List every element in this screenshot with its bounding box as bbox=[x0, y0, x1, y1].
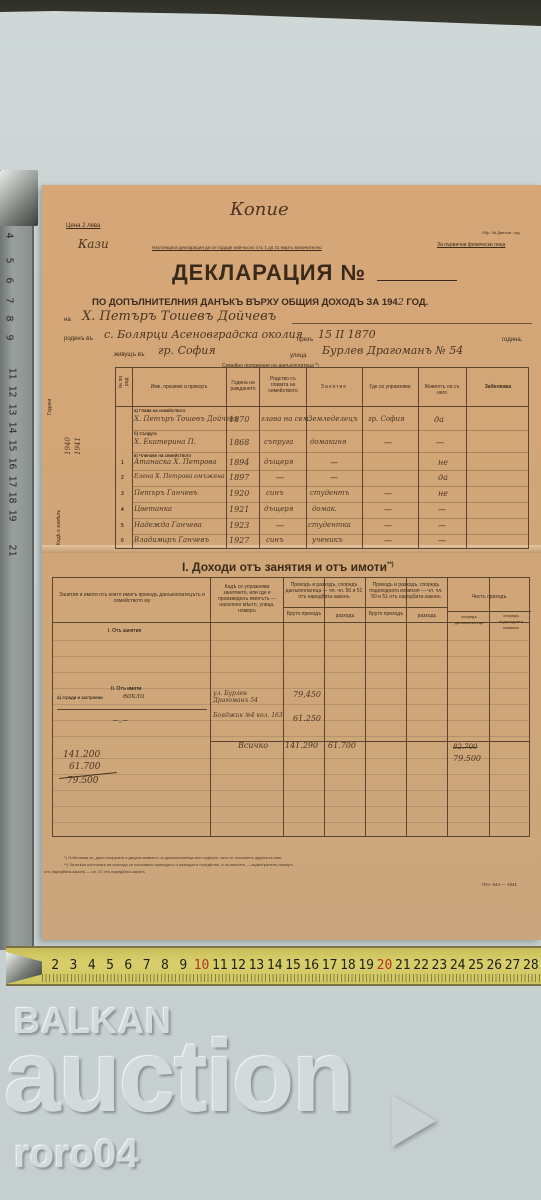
header-name: Име, презиме и прякоръ bbox=[134, 384, 224, 390]
group-label-head: а) Глава на семейството bbox=[134, 408, 185, 413]
family-row-lives-with: да bbox=[434, 415, 444, 424]
tape-number: 4 bbox=[83, 958, 101, 973]
tape-number: 21 bbox=[7, 544, 18, 556]
family-row-name: Атанаска Х. Петрова bbox=[134, 458, 217, 466]
col-divider bbox=[447, 578, 448, 836]
family-row-where: — bbox=[384, 536, 392, 545]
family-row-occupation: — bbox=[330, 458, 338, 467]
income-entry-location: ул. Бурлев Драгоманъ 54 bbox=[213, 690, 283, 704]
label-na: на bbox=[64, 317, 71, 323]
side-year-1941: 1941 bbox=[74, 437, 82, 455]
family-status-table: № по ред Име, презиме и прякоръ Година н… bbox=[115, 367, 529, 549]
family-row-lives-with: не bbox=[438, 489, 448, 498]
row-divider bbox=[132, 430, 528, 431]
row-line bbox=[53, 656, 529, 657]
row-divider bbox=[132, 502, 528, 503]
row-line bbox=[53, 774, 529, 775]
family-row-name: Владимиръ Ганчевъ bbox=[134, 536, 209, 544]
tape-number: 7 bbox=[4, 297, 15, 303]
row-line bbox=[53, 736, 529, 737]
family-row-name: Петъръ Ганчевъ bbox=[134, 489, 198, 497]
label-street: улица bbox=[290, 353, 307, 359]
income-table: Занятия и имоти отъ които иматъ приходъ … bbox=[52, 577, 530, 837]
col-divider bbox=[362, 368, 363, 548]
row-line bbox=[53, 790, 529, 791]
watermark-seller: roro04 bbox=[14, 1132, 139, 1177]
family-row-name: Надежда Ганчева bbox=[134, 521, 202, 529]
family-row-lives-with: — bbox=[436, 438, 444, 447]
tape-number: 9 bbox=[4, 334, 15, 340]
tape-number: 13 bbox=[7, 403, 18, 415]
tape-number: 17 bbox=[7, 475, 18, 487]
copy-stamp-handwritten: Копие bbox=[230, 199, 289, 220]
family-row-no: 4 bbox=[121, 507, 124, 513]
tape-number: 7 bbox=[137, 958, 155, 973]
tape-number: 27 bbox=[503, 958, 521, 973]
tape-ticks bbox=[42, 974, 541, 982]
for-persons-label: За първични физически лица bbox=[437, 242, 505, 248]
row-line bbox=[53, 822, 529, 823]
header-divider bbox=[116, 406, 528, 407]
header-source: Занятия и имоти отъ които иматъ приходъ … bbox=[57, 592, 207, 604]
tape-number: 19 bbox=[357, 958, 375, 973]
col-divider bbox=[283, 578, 284, 836]
birth-date: 15 II 1870 bbox=[318, 328, 376, 341]
play-arrow-icon bbox=[392, 1095, 436, 1147]
tape-number-highlight: 20 bbox=[375, 958, 393, 973]
background-shadow bbox=[0, 0, 541, 50]
family-row-lives-with: — bbox=[438, 536, 446, 545]
label-year: година, bbox=[502, 337, 522, 343]
tape-number: 12 bbox=[229, 958, 247, 973]
header-where: Где се упражнява bbox=[364, 384, 416, 390]
header-commission-group: Приходъ и разходъ, споредъ подоходната к… bbox=[367, 582, 445, 600]
income-title-text: I. Доходи отъ занятия и отъ имоти bbox=[182, 560, 387, 574]
tape-number: 8 bbox=[4, 315, 15, 321]
family-row-occupation: домакиня bbox=[310, 438, 347, 446]
subtitle-text: ПО ДОПЪЛНИТЕЛНИЯ ДАНЪКЪ ВЪРХУ ОБЩИЯ ДОХО… bbox=[92, 297, 398, 308]
tape-number: 14 bbox=[266, 958, 284, 973]
header-subdivider bbox=[283, 607, 447, 608]
income-entry-gross: 61.250 bbox=[293, 714, 321, 723]
declaration-subtitle: ПО ДОПЪЛНИТЕЛНИЯ ДАНЪКЪ ВЪРХУ ОБЩИЯ ДОХО… bbox=[92, 297, 428, 308]
tape-number: 11 bbox=[211, 958, 229, 973]
header-occupation: Занятие bbox=[308, 384, 360, 390]
label-born-in: роденъ въ bbox=[64, 336, 93, 342]
family-row-relation: дъщеря bbox=[264, 505, 293, 513]
family-row-name: Х. Екатерина П. bbox=[134, 438, 196, 446]
instructions-line: Настоящата декларация да се подаде най-к… bbox=[152, 245, 322, 250]
family-row-year: 1894 bbox=[229, 458, 249, 467]
tape-hook-icon bbox=[0, 170, 38, 226]
vertical-tape-measure: 4 5 6 7 8 9 11 12 13 14 15 16 17 18 19 2… bbox=[0, 170, 34, 950]
family-row-relation: — bbox=[276, 521, 284, 530]
family-row-name: Елена Х. Петрова омъжена bbox=[134, 473, 225, 480]
family-row-no: 2 bbox=[121, 475, 124, 481]
family-row-occupation: Земледелецъ bbox=[308, 415, 358, 423]
col-divider bbox=[132, 368, 133, 548]
family-row-relation: синъ bbox=[266, 536, 284, 544]
family-row-year: 1897 bbox=[229, 473, 249, 482]
family-row-lives-with: — bbox=[438, 521, 446, 530]
header-relation: Родство съ главата на семейството bbox=[261, 376, 305, 394]
tape-number: 18 bbox=[7, 491, 18, 503]
family-row-where: — bbox=[384, 438, 392, 447]
header-lives-with: Живеятъ ли съ него bbox=[420, 384, 464, 396]
side-year-1940: 1940 bbox=[64, 437, 72, 455]
header-taxpayer-gross: Бруто приходъ bbox=[285, 611, 323, 617]
family-row-no: 3 bbox=[121, 491, 124, 497]
family-row-occupation: студентка bbox=[308, 521, 351, 529]
tape-number: 16 bbox=[302, 958, 320, 973]
row-divider bbox=[132, 518, 528, 519]
col-divider bbox=[210, 578, 211, 836]
income-entry-gross: 79,450 bbox=[293, 690, 321, 699]
tape-number: 25 bbox=[467, 958, 485, 973]
header-net-taxpayer: споредъ данъкоплатеца bbox=[449, 614, 489, 626]
row-line bbox=[53, 704, 529, 705]
family-row-where: гр. София bbox=[368, 415, 405, 423]
family-row-no: 5 bbox=[121, 523, 124, 529]
horizontal-tape-measure: 2 3 4 5 6 7 8 9 10 11 12 13 14 15 16 17 … bbox=[6, 946, 541, 986]
header-commission-expense: разходъ bbox=[408, 613, 446, 619]
family-row-year: 1923 bbox=[229, 521, 249, 530]
tape-number: 21 bbox=[394, 958, 412, 973]
tape-number: 4 bbox=[4, 232, 15, 238]
taxpayer-name: Х. Петъръ Тошевъ Дойчевъ bbox=[82, 309, 276, 324]
family-row-lives-with: да bbox=[438, 473, 448, 482]
margin-calc-2: 61.700 bbox=[69, 762, 101, 772]
total-label: Всичко bbox=[238, 741, 268, 750]
total-gross: 141.290 bbox=[285, 741, 318, 750]
family-row-relation: глава на сем. bbox=[261, 415, 311, 423]
family-row-where: — bbox=[384, 505, 392, 514]
family-row-occupation: ученикъ bbox=[312, 536, 343, 544]
family-row-occupation: — bbox=[330, 473, 338, 482]
income-entry-location: Бояджик №4 кол. 163 bbox=[213, 712, 283, 719]
tape-number: 15 bbox=[7, 439, 18, 451]
family-row-relation: синъ bbox=[266, 489, 284, 497]
family-row-relation: дъщеря bbox=[264, 458, 293, 466]
label-residing-in: живущъ въ bbox=[114, 352, 145, 358]
family-row-year: 1868 bbox=[229, 438, 249, 447]
family-row-where: — bbox=[384, 521, 392, 530]
tape-number: 6 bbox=[119, 958, 137, 973]
row-divider bbox=[132, 470, 528, 471]
tape-number: 24 bbox=[449, 958, 467, 973]
buildings-handwritten: вакли bbox=[123, 692, 144, 700]
tape-number: 26 bbox=[485, 958, 503, 973]
family-row-year: 1927 bbox=[229, 536, 249, 545]
margin-calc-1: 141.200 bbox=[63, 750, 100, 760]
declaration-number-field bbox=[377, 280, 457, 281]
header-subdivider bbox=[447, 611, 531, 612]
watermark-auction: auction bbox=[4, 1018, 353, 1135]
header-net-commission: споредъ подоходната комисия bbox=[491, 613, 531, 631]
tape-number: 14 bbox=[7, 421, 18, 433]
family-row-lives-with: не bbox=[438, 458, 448, 467]
tape-number: 19 bbox=[7, 509, 18, 521]
tape-number: 18 bbox=[339, 958, 357, 973]
row-line bbox=[53, 640, 529, 641]
subtitle-year: 2 bbox=[398, 297, 404, 308]
col-divider bbox=[406, 578, 407, 836]
header-no: № по ред bbox=[118, 375, 130, 389]
row-line bbox=[53, 672, 529, 673]
margin-calc-result: 79.500 bbox=[67, 776, 99, 786]
family-row-no: 1 bbox=[121, 460, 124, 466]
family-row-where: — bbox=[384, 489, 392, 498]
tape-number: 11 bbox=[7, 367, 18, 379]
tape-number: 6 bbox=[4, 277, 15, 283]
tape-numbers: 2 3 4 5 6 7 8 9 10 11 12 13 14 15 16 17 … bbox=[46, 958, 540, 973]
income-section-title: I. Доходи отъ занятия и отъ имоти**) bbox=[182, 560, 394, 574]
declaration-title: ДЕКЛАРАЦИЯ № bbox=[172, 260, 366, 286]
tape-number-highlight: 10 bbox=[192, 958, 210, 973]
tape-number: 22 bbox=[412, 958, 430, 973]
tape-number: 8 bbox=[156, 958, 174, 973]
street: Бурлев Драгоманъ № 54 bbox=[322, 344, 463, 357]
residence: гр. София bbox=[158, 344, 216, 357]
header-taxpayer-group: Приходъ и разходъ, споредъ данъкоплатеца… bbox=[285, 582, 363, 600]
col-divider bbox=[466, 368, 467, 548]
form-reference: Обр. № Данъчн. отд. bbox=[482, 230, 521, 235]
family-row-name: Цветанка bbox=[134, 505, 172, 513]
row-label-ditto: — „ — bbox=[113, 718, 127, 724]
name-line bbox=[292, 323, 532, 324]
tape-number: 16 bbox=[7, 457, 18, 469]
total-expense: 61.700 bbox=[328, 741, 356, 750]
header-birth-year: Година на раждането bbox=[228, 380, 258, 392]
footnote-3: отъ наредбата-законъ — чл. 47 отъ наредб… bbox=[44, 869, 145, 874]
family-row-occupation: студентъ bbox=[310, 489, 349, 497]
family-row-year: 1870 bbox=[229, 415, 249, 424]
family-row-lives-with: — bbox=[438, 505, 446, 514]
row-label-buildings: а) сгради и застроени bbox=[57, 695, 103, 700]
row-line bbox=[53, 806, 529, 807]
col-divider bbox=[259, 368, 260, 548]
family-row-relation: — bbox=[276, 473, 284, 482]
tape-number: 28 bbox=[522, 958, 540, 973]
col-divider bbox=[324, 578, 325, 836]
strikethrough-line bbox=[57, 709, 207, 710]
tape-number: 23 bbox=[430, 958, 448, 973]
header-location: Кадѣ се упражнява занятието, или где е п… bbox=[213, 584, 281, 614]
tape-number: 2 bbox=[46, 958, 64, 973]
subtitle-end: ГОД. bbox=[406, 297, 428, 308]
net-struck-value: 82.700 bbox=[453, 743, 478, 751]
row-divider bbox=[132, 486, 528, 487]
row-divider bbox=[132, 452, 528, 453]
family-row-relation: съпруга bbox=[264, 438, 293, 446]
header-note: Забележка bbox=[468, 384, 528, 390]
header-taxpayer-expense: разходъ bbox=[326, 613, 364, 619]
col-divider bbox=[306, 368, 307, 548]
side-residence-label: Кадѣ е живѣлъ bbox=[56, 510, 62, 545]
tax-declaration-document: Копие Цена 2 лева Кази Настоящата деклар… bbox=[42, 185, 541, 940]
tape-hook-icon bbox=[6, 952, 42, 984]
header-net-income: Чистъ приходъ bbox=[449, 594, 529, 600]
family-row-year: 1921 bbox=[229, 505, 249, 514]
tape-number: 5 bbox=[4, 257, 15, 263]
tape-number: 13 bbox=[247, 958, 265, 973]
group-label-spouse: б) Съпруга bbox=[134, 431, 157, 436]
tape-number: 15 bbox=[284, 958, 302, 973]
income-title-mark: **) bbox=[387, 562, 394, 568]
birthplace: с. Болярци Асеновградска околия bbox=[104, 328, 303, 341]
footnote-2: **) За всѣки източникъ на приходъ се пос… bbox=[64, 862, 294, 867]
tape-number: 17 bbox=[320, 958, 338, 973]
print-mark: Печ. 944 — 1941 bbox=[482, 882, 517, 887]
net-corrected-value: 79.500 bbox=[453, 754, 481, 763]
header-commission-gross: Бруто приходъ bbox=[367, 611, 405, 617]
col-divider bbox=[489, 578, 490, 836]
family-row-occupation: домак. bbox=[312, 505, 337, 513]
tape-number: 12 bbox=[7, 385, 18, 397]
price-label: Цена 2 лева bbox=[66, 223, 100, 229]
row-divider bbox=[132, 534, 528, 535]
row-label-occupations: I. Отъ занятия bbox=[108, 628, 141, 634]
label-in: презъ bbox=[297, 337, 313, 343]
handwritten-note: Кази bbox=[78, 237, 109, 251]
col-divider bbox=[418, 368, 419, 548]
family-row-year: 1920 bbox=[229, 489, 249, 498]
family-row-no: 6 bbox=[121, 538, 124, 544]
tape-number: 5 bbox=[101, 958, 119, 973]
tape-number: 3 bbox=[64, 958, 82, 973]
col-divider bbox=[226, 368, 227, 548]
footnote-1: *) Отбелязва се, дали съпругата и децата… bbox=[64, 855, 282, 860]
family-row-name: Х. Петъръ Тошевъ Дойчевъ bbox=[134, 415, 239, 423]
side-years-label: Години bbox=[47, 399, 53, 415]
tape-number: 9 bbox=[174, 958, 192, 973]
col-divider bbox=[365, 578, 366, 836]
